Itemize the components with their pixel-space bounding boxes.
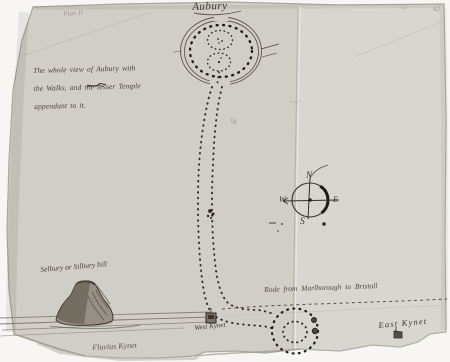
compass-north-label: N (306, 170, 312, 180)
caption-line-3: appendant to it. (34, 95, 142, 116)
manuscript-drawing (0, 0, 450, 362)
plan-mark: Plan II (63, 9, 83, 18)
compass-south-label: S (300, 217, 305, 227)
compass-west-label: W (279, 195, 286, 204)
north-entrance-gap (214, 12, 228, 21)
site-title: Aubury (192, 0, 228, 13)
folio-number-right: 42 (433, 5, 440, 13)
manuscript-scan: Aubury Plan II 13 42 The whole view of A… (0, 0, 450, 362)
folio-number-left: 13 (401, 4, 408, 11)
compass-east-label: E (333, 195, 338, 204)
south-entrance-gap (210, 79, 230, 90)
right-leaf-highlight (293, 4, 446, 351)
deletion-scribble (86, 80, 108, 92)
